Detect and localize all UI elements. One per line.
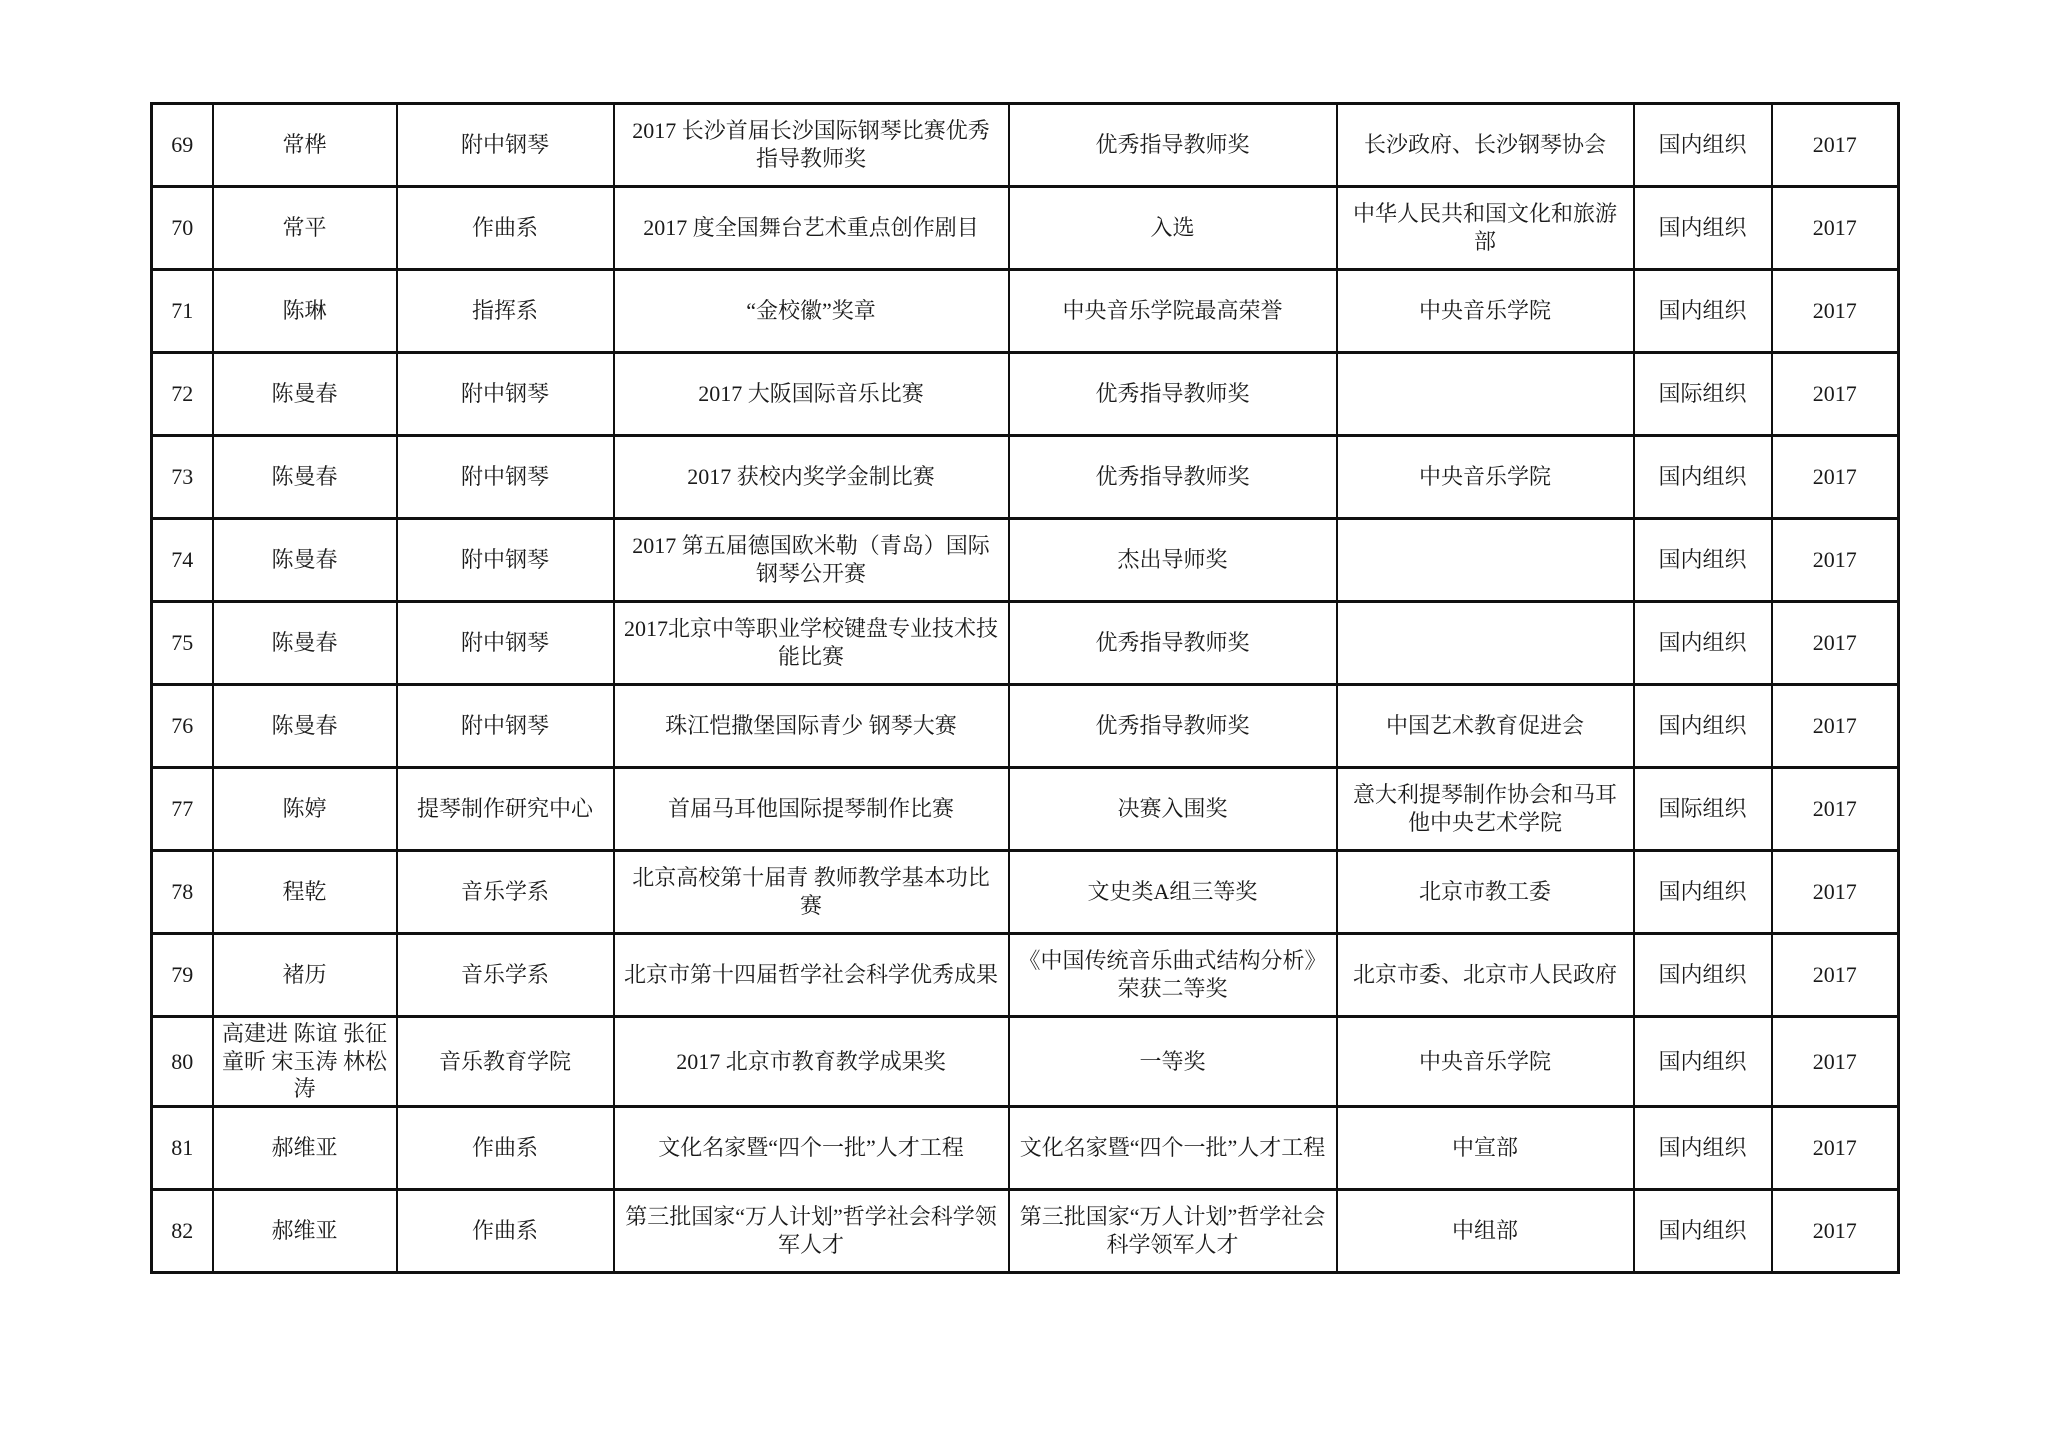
year-cell: 2017 — [1772, 602, 1899, 685]
row-number-cell: 75 — [152, 602, 213, 685]
organization-cell: 北京市教工委 — [1337, 851, 1634, 934]
name-cell: 褚历 — [213, 934, 397, 1017]
row-number-cell: 70 — [152, 187, 213, 270]
year-cell: 2017 — [1772, 1107, 1899, 1190]
row-number-cell: 77 — [152, 768, 213, 851]
name-cell: 陈婷 — [213, 768, 397, 851]
org-type-cell: 国内组织 — [1634, 685, 1772, 768]
organization-cell: 中央音乐学院 — [1337, 1017, 1634, 1107]
name-cell: 陈曼春 — [213, 602, 397, 685]
result-cell: 中央音乐学院最高荣誉 — [1009, 270, 1337, 353]
award-name-cell: 2017北京中等职业学校键盘专业技术技能比赛 — [614, 602, 1009, 685]
name-cell: 程乾 — [213, 851, 397, 934]
table-row: 75陈曼春附中钢琴2017北京中等职业学校键盘专业技术技能比赛优秀指导教师奖国内… — [152, 602, 1899, 685]
department-cell: 附中钢琴 — [397, 104, 614, 187]
organization-cell: 中组部 — [1337, 1190, 1634, 1273]
organization-cell: 中国艺术教育促进会 — [1337, 685, 1634, 768]
org-type-cell: 国内组织 — [1634, 1107, 1772, 1190]
organization-cell — [1337, 602, 1634, 685]
year-cell: 2017 — [1772, 187, 1899, 270]
year-cell: 2017 — [1772, 1017, 1899, 1107]
table-row: 81郝维亚作曲系文化名家暨“四个一批”人才工程文化名家暨“四个一批”人才工程中宣… — [152, 1107, 1899, 1190]
year-cell: 2017 — [1772, 851, 1899, 934]
organization-cell: 北京市委、北京市人民政府 — [1337, 934, 1634, 1017]
department-cell: 附中钢琴 — [397, 353, 614, 436]
name-cell: 陈琳 — [213, 270, 397, 353]
result-cell: 优秀指导教师奖 — [1009, 104, 1337, 187]
table-row: 73陈曼春附中钢琴2017 获校内奖学金制比赛优秀指导教师奖中央音乐学院国内组织… — [152, 436, 1899, 519]
row-number-cell: 76 — [152, 685, 213, 768]
table-row: 82郝维亚作曲系第三批国家“万人计划”哲学社会科学领军人才第三批国家“万人计划”… — [152, 1190, 1899, 1273]
result-cell: 入选 — [1009, 187, 1337, 270]
table-row: 69常桦附中钢琴2017 长沙首届长沙国际钢琴比赛优秀指导教师奖优秀指导教师奖长… — [152, 104, 1899, 187]
award-name-cell: 首届马耳他国际提琴制作比赛 — [614, 768, 1009, 851]
year-cell: 2017 — [1772, 353, 1899, 436]
org-type-cell: 国际组织 — [1634, 768, 1772, 851]
organization-cell: 中央音乐学院 — [1337, 270, 1634, 353]
year-cell: 2017 — [1772, 519, 1899, 602]
department-cell: 作曲系 — [397, 1107, 614, 1190]
row-number-cell: 80 — [152, 1017, 213, 1107]
award-name-cell: 北京高校第十届青 教师教学基本功比赛 — [614, 851, 1009, 934]
org-type-cell: 国内组织 — [1634, 187, 1772, 270]
name-cell: 陈曼春 — [213, 685, 397, 768]
department-cell: 指挥系 — [397, 270, 614, 353]
name-cell: 陈曼春 — [213, 519, 397, 602]
awards-table: 69常桦附中钢琴2017 长沙首届长沙国际钢琴比赛优秀指导教师奖优秀指导教师奖长… — [150, 102, 1900, 1274]
result-cell: 优秀指导教师奖 — [1009, 685, 1337, 768]
department-cell: 提琴制作研究中心 — [397, 768, 614, 851]
department-cell: 音乐学系 — [397, 851, 614, 934]
org-type-cell: 国内组织 — [1634, 270, 1772, 353]
name-cell: 高建进 陈谊 张征 童昕 宋玉涛 林松涛 — [213, 1017, 397, 1107]
year-cell: 2017 — [1772, 436, 1899, 519]
award-name-cell: 文化名家暨“四个一批”人才工程 — [614, 1107, 1009, 1190]
name-cell: 常平 — [213, 187, 397, 270]
result-cell: 一等奖 — [1009, 1017, 1337, 1107]
row-number-cell: 74 — [152, 519, 213, 602]
award-name-cell: 珠江恺撒堡国际青少 钢琴大赛 — [614, 685, 1009, 768]
award-name-cell: 第三批国家“万人计划”哲学社会科学领军人才 — [614, 1190, 1009, 1273]
document-page: 69常桦附中钢琴2017 长沙首届长沙国际钢琴比赛优秀指导教师奖优秀指导教师奖长… — [0, 0, 2048, 1449]
result-cell: 《中国传统音乐曲式结构分析》荣获二等奖 — [1009, 934, 1337, 1017]
result-cell: 优秀指导教师奖 — [1009, 436, 1337, 519]
table-row: 70常平作曲系2017 度全国舞台艺术重点创作剧目入选中华人民共和国文化和旅游部… — [152, 187, 1899, 270]
row-number-cell: 82 — [152, 1190, 213, 1273]
organization-cell: 意大利提琴制作协会和马耳他中央艺术学院 — [1337, 768, 1634, 851]
year-cell: 2017 — [1772, 934, 1899, 1017]
organization-cell: 中宣部 — [1337, 1107, 1634, 1190]
table-row: 72陈曼春附中钢琴2017 大阪国际音乐比赛优秀指导教师奖国际组织2017 — [152, 353, 1899, 436]
org-type-cell: 国内组织 — [1634, 851, 1772, 934]
table-row: 78程乾音乐学系北京高校第十届青 教师教学基本功比赛文史类A组三等奖北京市教工委… — [152, 851, 1899, 934]
department-cell: 音乐教育学院 — [397, 1017, 614, 1107]
table-row: 71陈琳指挥系“金校徽”奖章中央音乐学院最高荣誉中央音乐学院国内组织2017 — [152, 270, 1899, 353]
year-cell: 2017 — [1772, 768, 1899, 851]
row-number-cell: 78 — [152, 851, 213, 934]
org-type-cell: 国内组织 — [1634, 436, 1772, 519]
department-cell: 附中钢琴 — [397, 602, 614, 685]
award-name-cell: “金校徽”奖章 — [614, 270, 1009, 353]
name-cell: 郝维亚 — [213, 1190, 397, 1273]
name-cell: 陈曼春 — [213, 353, 397, 436]
department-cell: 附中钢琴 — [397, 519, 614, 602]
year-cell: 2017 — [1772, 104, 1899, 187]
row-number-cell: 81 — [152, 1107, 213, 1190]
year-cell: 2017 — [1772, 685, 1899, 768]
department-cell: 作曲系 — [397, 187, 614, 270]
organization-cell: 中央音乐学院 — [1337, 436, 1634, 519]
org-type-cell: 国内组织 — [1634, 519, 1772, 602]
awards-table-body: 69常桦附中钢琴2017 长沙首届长沙国际钢琴比赛优秀指导教师奖优秀指导教师奖长… — [152, 104, 1899, 1273]
result-cell: 优秀指导教师奖 — [1009, 602, 1337, 685]
row-number-cell: 71 — [152, 270, 213, 353]
organization-cell: 中华人民共和国文化和旅游部 — [1337, 187, 1634, 270]
award-name-cell: 2017 大阪国际音乐比赛 — [614, 353, 1009, 436]
name-cell: 郝维亚 — [213, 1107, 397, 1190]
table-row: 74陈曼春附中钢琴2017 第五届德国欧米勒（青岛）国际钢琴公开赛杰出导师奖国内… — [152, 519, 1899, 602]
result-cell: 文化名家暨“四个一批”人才工程 — [1009, 1107, 1337, 1190]
organization-cell — [1337, 519, 1634, 602]
name-cell: 陈曼春 — [213, 436, 397, 519]
table-row: 79褚历音乐学系北京市第十四届哲学社会科学优秀成果《中国传统音乐曲式结构分析》荣… — [152, 934, 1899, 1017]
result-cell: 文史类A组三等奖 — [1009, 851, 1337, 934]
award-name-cell: 2017 度全国舞台艺术重点创作剧目 — [614, 187, 1009, 270]
award-name-cell: 2017 北京市教育教学成果奖 — [614, 1017, 1009, 1107]
result-cell: 决赛入围奖 — [1009, 768, 1337, 851]
table-row: 76陈曼春附中钢琴珠江恺撒堡国际青少 钢琴大赛优秀指导教师奖中国艺术教育促进会国… — [152, 685, 1899, 768]
year-cell: 2017 — [1772, 1190, 1899, 1273]
year-cell: 2017 — [1772, 270, 1899, 353]
table-row: 80高建进 陈谊 张征 童昕 宋玉涛 林松涛音乐教育学院2017 北京市教育教学… — [152, 1017, 1899, 1107]
department-cell: 附中钢琴 — [397, 685, 614, 768]
org-type-cell: 国内组织 — [1634, 1017, 1772, 1107]
result-cell: 优秀指导教师奖 — [1009, 353, 1337, 436]
org-type-cell: 国内组织 — [1634, 602, 1772, 685]
organization-cell — [1337, 353, 1634, 436]
name-cell: 常桦 — [213, 104, 397, 187]
award-name-cell: 2017 第五届德国欧米勒（青岛）国际钢琴公开赛 — [614, 519, 1009, 602]
department-cell: 附中钢琴 — [397, 436, 614, 519]
result-cell: 第三批国家“万人计划”哲学社会科学领军人才 — [1009, 1190, 1337, 1273]
row-number-cell: 72 — [152, 353, 213, 436]
award-name-cell: 2017 获校内奖学金制比赛 — [614, 436, 1009, 519]
result-cell: 杰出导师奖 — [1009, 519, 1337, 602]
org-type-cell: 国内组织 — [1634, 1190, 1772, 1273]
org-type-cell: 国内组织 — [1634, 934, 1772, 1017]
award-name-cell: 2017 长沙首届长沙国际钢琴比赛优秀指导教师奖 — [614, 104, 1009, 187]
org-type-cell: 国际组织 — [1634, 353, 1772, 436]
org-type-cell: 国内组织 — [1634, 104, 1772, 187]
row-number-cell: 69 — [152, 104, 213, 187]
organization-cell: 长沙政府、长沙钢琴协会 — [1337, 104, 1634, 187]
table-row: 77陈婷提琴制作研究中心首届马耳他国际提琴制作比赛决赛入围奖意大利提琴制作协会和… — [152, 768, 1899, 851]
department-cell: 音乐学系 — [397, 934, 614, 1017]
award-name-cell: 北京市第十四届哲学社会科学优秀成果 — [614, 934, 1009, 1017]
row-number-cell: 73 — [152, 436, 213, 519]
department-cell: 作曲系 — [397, 1190, 614, 1273]
row-number-cell: 79 — [152, 934, 213, 1017]
